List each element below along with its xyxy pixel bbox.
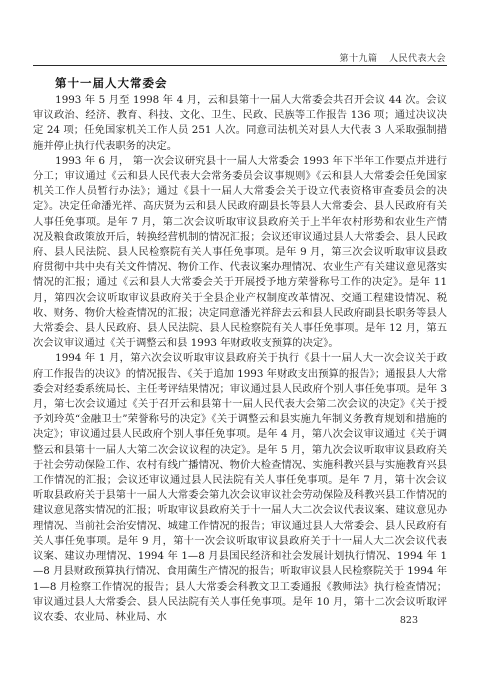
body-text: 1993 年 5 月至 1998 年 4 月，云和县第十一届人大常委会共召开会议… (33, 93, 447, 625)
paragraph-3: 1994 年 1 月，第六次会议听取审议县政府关于执行《县十一届人大一次会议关于… (33, 351, 447, 625)
paragraph-1: 1993 年 5 月至 1998 年 4 月，云和县第十一届人大常委会共召开会议… (33, 93, 447, 154)
paragraph-2: 1993 年 6 月， 第一次会议研究县十一届人大常委会 1993 年下半年工作… (33, 154, 447, 352)
header-rule (33, 65, 447, 66)
section-title: 第十一届人大常委会 (55, 75, 168, 91)
running-header: 第十九篇 人民代表大会 (340, 51, 447, 64)
document-page: 第十九篇 人民代表大会 第十一届人大常委会 1993 年 5 月至 1998 年… (0, 0, 480, 679)
part-title: 人民代表大会 (389, 54, 446, 64)
part-label: 第十九篇 (340, 54, 378, 64)
page-number: 823 (400, 615, 418, 626)
